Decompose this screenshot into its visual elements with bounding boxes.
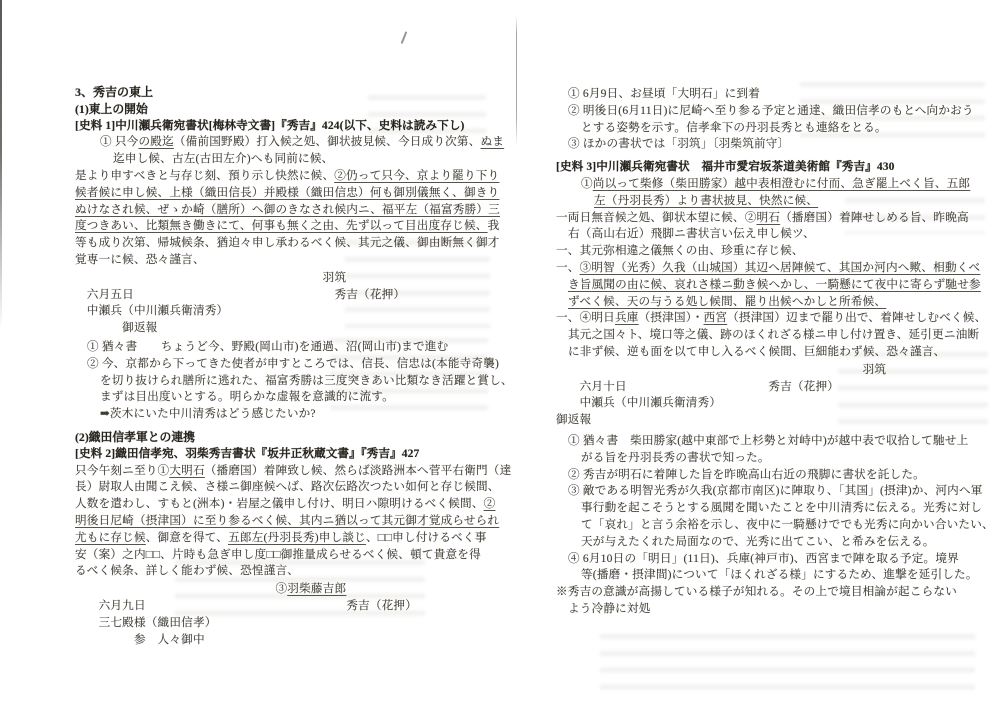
note-line: ➡茨木にいた中川清秀はどう感じたいか? (75, 406, 499, 423)
note-line: ② 秀吉が明石に着陣した旨を昨晩高山右近の飛脚に書状を託した。 (556, 467, 992, 484)
text-line: き旨風聞の由に候、哀れさ様ニ動き候へかし、一騎懸にて夜中に寄らず馳せ参 (556, 277, 992, 294)
right-page: ① 6月9日、お昼頃「大明石」に到着② 明後日(6月11日)に尼崎へ至り参る予定… (556, 84, 992, 621)
note-line: ③ 敵である明智光秀が久我(京都市南区)に陣取り、「其国」(摂津)か、河内へ軍 (556, 483, 992, 500)
note-line: とする姿勢を示す。信孝傘下の丹羽長秀とも連絡をとる。 (556, 120, 992, 137)
text-line: に非ず候、逆も面を以て申し入るべく候間、巨細能わず候、恐々謹言、 (556, 344, 992, 361)
annotation-notes-2: ① 6月9日、お昼頃「大明石」に到着② 明後日(6月11日)に尼崎へ至り参る予定… (556, 86, 992, 153)
text-line: ① 只今の殿迄（備前国野殿）打入候之処、御状披見候、今日成り次第、ぬま (75, 134, 499, 151)
text-line: るべく候条、詳しく能わず候、恐惶謹言、 (75, 563, 499, 580)
text-line: 一、④明日兵庫（摂津国）・西宮（摂津国）辺まで罷り出で、着陣せしむべく候、 (556, 310, 992, 327)
text-line: 左（丹羽長秀）より書状披見、快然に候、 (556, 193, 992, 210)
left-page: 3、秀吉の東上 (1)東上の開始 [史料 1]中川瀬兵衛宛書状[梅林寺文書]『秀… (75, 84, 499, 650)
note-line: 事行動を起こそうとする風聞を聞いたことを中川清秀に伝える。光秀に対し (556, 500, 992, 517)
text-line: 一、其元弥相違之儀無くの由、珍重に存じ候、 (556, 243, 992, 260)
note-line: を切り抜けられ膳所に逃れた、福富秀勝は三度突きあい比類なき活躍と賞し、 (75, 373, 499, 390)
signature-line: 羽筑 (75, 270, 499, 287)
note-line: 天が与えたくれた局面なので、光秀に出てこい、と希みを伝える。 (556, 534, 992, 551)
signature-line: 六月九日 秀吉（花押） (75, 598, 499, 615)
text-line: 只今午刻ニ至り①大明石（播磨国）着陣致し候、然らば淡路洲本へ菅平右衛門（達 (75, 463, 499, 480)
historical-quote-2: 只今午刻ニ至り①大明石（播磨国）着陣致し候、然らば淡路洲本へ菅平右衛門（達長）尉… (75, 463, 499, 581)
pen-mark (401, 31, 407, 44)
signature-line: 三七殿様（織田信孝） (75, 615, 499, 632)
text-line: 一、③明智（光秀）久我（山城国）其辺へ居陣候て、其国か河内へ歟、相動くべ (556, 260, 992, 277)
text-line: 其元之国々ト、境口等之儀、跡のほくれざる様ニ申し付け置き、延引更ニ油断 (556, 327, 992, 344)
text-line: ぬけなされ候、ぜゝか崎（膳所）へ御のきなされ候内ニ、福平左（福富秀勝）三 (75, 202, 499, 219)
text-line: ずべく候、天の与うる処し候間、罷り出候へかしと所希候、 (556, 294, 992, 311)
section-2-heading: (2)織田信孝軍との連携 (75, 429, 499, 446)
note-line: まずは目出度いとする。明らかな虚報を意識的に流す。 (75, 389, 499, 406)
text-line: 右（高山右近）飛脚ニ書状言い伝え申し候ツ、 (556, 226, 992, 243)
source-1-citation: [史料 1]中川瀬兵衛宛書状[梅林寺文書]『秀吉』424(以下、史料は読み下し) (75, 118, 499, 135)
text-line: 度つきあい、比類無き働きにて、何事も無く之由、先ず以って目出度存じ候、我 (75, 218, 499, 235)
note-line: ③ ほかの書状では「羽筑」〔羽柴筑前守〕 (556, 136, 992, 153)
text-line: 是より申すべきと与存じ刻、預り示し快然に候、②仍って只今、京より罷り下り (75, 168, 499, 185)
scanner-edge-shadow (0, 0, 2, 330)
note-line: ② 明後日(6月11日)に尼崎へ至り参る予定と通達、織田信孝のもとへ向かおう (556, 103, 992, 120)
historical-quote-1: ① 只今の殿迄（備前国野殿）打入候之処、御状披見候、今日成り次第、ぬま迄申し候、… (75, 134, 499, 268)
signature-line: 御返報 (556, 412, 992, 429)
signature-line: 中瀬兵（中川瀬兵衛清秀） (75, 303, 499, 320)
text-line: 一両日無音候之処、御状本望に候、②明石（播磨国）着陣せしめる旨、昨晩高 (556, 210, 992, 227)
note-line: ④ 6月10日の「明日」(11日)、兵庫(神戸市)、西宮まで陣を取る予定。境界 (556, 551, 992, 568)
note-line: よう冷静に対処 (556, 601, 992, 618)
text-line: 候者候に申し候、上様（織田信長）并殿様（織田信忠）何も御別儀無く、御きり (75, 185, 499, 202)
signature-line: 中瀬兵（中川瀬兵衛清秀） (556, 395, 992, 412)
text-line: 人数を遣わし、すもと(洲本)・岩屋之儀申し付け、明日ハ隙明けるべく候間、② (75, 496, 499, 513)
text-line: ①尚以って柴修（柴田勝家）越中表相澄むに付而、急ぎ罷上べく旨、五郎 (556, 176, 992, 193)
text-line: 覚専一に候、恐々謹言、 (75, 252, 499, 269)
text-line: 等も成り次第、帰城候条、猶迫々申し承わるべく候、其元之儀、御由断無く御才 (75, 235, 499, 252)
signature-line: 羽筑 (556, 362, 992, 379)
note-line: て「哀れ」と言う余裕を示し、夜中に一騎懸けででも光秀に向かい合いたい、 (556, 517, 992, 534)
text-line: 長）尉取人由聞こえ候、さ様ニ御座候へば、路次伝路次つたい如何と存じ候間、 (75, 479, 499, 496)
signature-line: 参 人々御中 (75, 632, 499, 649)
signature-block-1: 羽筑 六月五日 秀吉（花押） 中瀬兵（中川瀬兵衛清秀） 御返報 (75, 270, 499, 337)
note-line: ① 猶々書 ちょうど今、野殿(岡山市)を通過、沼(岡山市)まで進む (75, 339, 499, 356)
signature-line: 六月五日 秀吉（花押） (75, 287, 499, 304)
signature-line: ③羽柴藤吉郎 (75, 581, 499, 598)
page-fold-line (516, 16, 517, 146)
bleedthrough-text (600, 634, 975, 690)
note-line: がる旨を丹羽長秀の書状で知った。 (556, 450, 992, 467)
source-3-citation: [史料 3]中川瀬兵衛宛書状 福井市愛宕坂茶道美術館『秀吉』430 (556, 159, 992, 176)
page-title: 3、秀吉の東上 (75, 84, 499, 101)
text-line: 迄申し候、古左(古田左介)へも同前に候、 (75, 151, 499, 168)
source-2-citation: [史料 2]織田信孝宛、羽柴秀吉書状『坂井正秋蔵文書』『秀吉』427 (75, 446, 499, 463)
signature-line: 御返報 (75, 320, 499, 337)
signature-line: 六月十日 秀吉（花押） (556, 379, 992, 396)
section-1-heading: (1)東上の開始 (75, 101, 499, 118)
scanned-document-spread: 3、秀吉の東上 (1)東上の開始 [史料 1]中川瀬兵衛宛書状[梅林寺文書]『秀… (0, 0, 1000, 707)
annotation-notes-3: ① 猶々書 柴田勝家(越中東部で上杉勢と対峙中)が越中表で収拾して馳せ上がる旨を… (556, 433, 992, 618)
text-line: 明後日尼崎（摂津国）に至り参るべく候、其内ニ猶以って其元御才覚成らせられ (75, 513, 499, 530)
note-line: 等(播磨・摂津間)について「ほくれざる様」にするため、進撃を延引した。 (556, 567, 992, 584)
note-line: ※秀吉の意識が高揚している様子が知れる。その上で境目相論が起こらない (556, 584, 992, 601)
historical-quote-3: ①尚以って柴修（柴田勝家）越中表相澄むに付而、急ぎ罷上べく旨、五郎左（丹羽長秀）… (556, 176, 992, 361)
signature-block-2: ③羽柴藤吉郎 六月九日 秀吉（花押） 三七殿様（織田信孝） 参 人々御中 (75, 581, 499, 648)
annotation-notes-1: ① 猶々書 ちょうど今、野殿(岡山市)を通過、沼(岡山市)まで進む② 今、京都か… (75, 339, 499, 423)
text-line: 安（案）之内□□、片時も急ぎ申し度□□御推量成らせるべく候、頓て貴意を得 (75, 547, 499, 564)
note-line: ① 猶々書 柴田勝家(越中東部で上杉勢と対峙中)が越中表で収拾して馳せ上 (556, 433, 992, 450)
signature-block-3: 羽筑 六月十日 秀吉（花押） 中瀬兵（中川瀬兵衛清秀）御返報 (556, 362, 992, 429)
note-line: ② 今、京都から下ってきた使者が申すところでは、信長、信忠は(本能寺奇襲) (75, 356, 499, 373)
note-line: ① 6月9日、お昼頃「大明石」に到着 (556, 86, 992, 103)
text-line: 尤もに存じ候、御意を得て、五郎左(丹羽長秀)申し談じ、□□申し付けるべく事 (75, 530, 499, 547)
